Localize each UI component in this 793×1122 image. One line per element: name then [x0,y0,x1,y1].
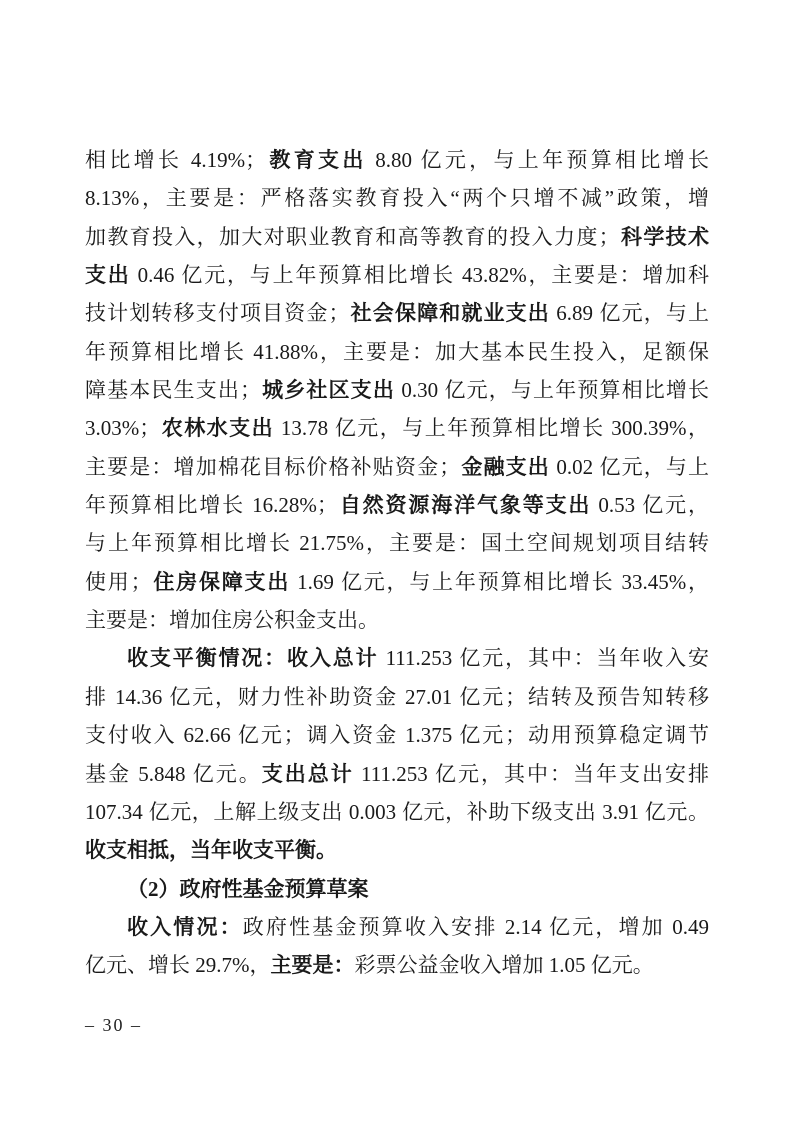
text-segment: 加教育投入，加大对职业教育和高等教育的投入力度； [85,225,620,249]
text-segment-bold: 支出总计 [262,762,354,786]
text-line: 与上年预算相比增长 21.75%，主要是：国土空间规划项目结转 [85,524,709,562]
text-line: 障基本民生支出；城乡社区支出 0.30 亿元，与上年预算相比增长 [85,371,709,409]
text-segment: 使用； [85,570,152,594]
text-line: 支付收入 62.66 亿元；调入资金 1.375 亿元；动用预算稳定调节 [85,716,709,754]
text-line: 8.13%，主要是：严格落实教育投入“两个只增不减”政策，增 [85,179,709,217]
text-segment: 8.80 亿元，与上年预算相比增长 [367,148,709,172]
text-line: 主要是：增加棉花目标价格补贴资金；金融支出 0.02 亿元，与上 [85,448,709,486]
text-segment-bold: 社会保障和就业支出 [350,301,550,325]
text-segment: 主要是：增加棉花目标价格补贴资金； [85,455,460,479]
text-line: 技计划转移支付项目资金；社会保障和就业支出 6.89 亿元，与上 [85,294,709,332]
text-segment: 支付收入 62.66 亿元；调入资金 1.375 亿元；动用预算稳定调节 [85,723,709,747]
text-line: 基金 5.848 亿元。支出总计 111.253 亿元，其中：当年支出安排 [85,755,709,793]
text-line: 主要是：增加住房公积金支出。 [85,601,709,639]
text-segment-bold: 支出 [85,263,131,287]
text-segment: 年预算相比增长 16.28%； [85,493,338,517]
text-segment: 相比增长 4.19%； [85,148,266,172]
text-line: 年预算相比增长 41.88%，主要是：加大基本民生投入，足额保 [85,333,709,371]
text-segment-bold: 收入情况： [127,915,243,939]
text-segment: 0.30 亿元，与上年预算相比增长 [395,378,709,402]
text-line: 收支相抵，当年收支平衡。 [85,831,709,869]
text-segment: 8.13%，主要是：严格落实教育投入“两个只增不减”政策，增 [85,186,709,210]
text-segment-bold: 住房保障支出 [152,570,291,594]
text-line: 加教育投入，加大对职业教育和高等教育的投入力度；科学技术 [85,218,709,256]
text-segment: 111.253 亿元，其中：当年支出安排 [354,762,709,786]
text-segment: 107.34 亿元，上解上级支出 0.003 亿元，补助下级支出 3.91 亿元… [85,800,709,824]
text-segment-bold: 自然资源海洋气象等支出 [338,493,591,517]
text-segment: 0.46 亿元，与上年预算相比增长 43.82%，主要是：增加科 [131,263,709,287]
text-segment: 障基本民生支出； [85,378,261,402]
text-line: 排 14.36 亿元，财力性补助资金 27.01 亿元；结转及预告知转移 [85,678,709,716]
text-segment: 排 14.36 亿元，财力性补助资金 27.01 亿元；结转及预告知转移 [85,685,709,709]
page-number: – 30 – [85,1013,142,1037]
text-line: 年预算相比增长 16.28%；自然资源海洋气象等支出 0.53 亿元， [85,486,709,524]
text-segment: 年预算相比增长 41.88%，主要是：加大基本民生投入，足额保 [85,340,709,364]
text-segment: 基金 5.848 亿元。 [85,762,262,786]
page-body: 相比增长 4.19%；教育支出 8.80 亿元，与上年预算相比增长 8.13%，… [85,141,709,985]
document-page: 相比增长 4.19%；教育支出 8.80 亿元，与上年预算相比增长 8.13%，… [0,0,793,1122]
text-segment: 0.53 亿元， [591,493,709,517]
text-line: 使用；住房保障支出 1.69 亿元，与上年预算相比增长 33.45%， [85,563,709,601]
section-heading: （2）政府性基金预算草案 [85,870,709,908]
text-segment: 与上年预算相比增长 21.75%，主要是：国土空间规划项目结转 [85,531,709,555]
text-segment-bold: 农林水支出 [160,416,274,440]
text-line: 相比增长 4.19%；教育支出 8.80 亿元，与上年预算相比增长 [85,141,709,179]
text-segment: 亿元、增长 29.7%， [85,953,271,977]
text-segment-bold: 教育支出 [266,148,367,172]
text-segment: 主要是：增加住房公积金支出。 [85,608,379,632]
text-segment: 3.03%； [85,416,160,440]
text-segment: 111.253 亿元，其中：当年收入安 [378,646,709,670]
text-line: 3.03%；农林水支出 13.78 亿元，与上年预算相比增长 300.39%， [85,409,709,447]
text-segment-bold: 金融支出 [460,455,550,479]
text-segment: 技计划转移支付项目资金； [85,301,350,325]
text-segment: 13.78 亿元，与上年预算相比增长 300.39%， [274,416,709,440]
text-segment-bold: 收支平衡情况：收入总计 [127,646,378,670]
text-segment-bold: （2）政府性基金预算草案 [127,877,369,901]
text-segment-bold: 城乡社区支出 [261,378,395,402]
text-line: 亿元、增长 29.7%，主要是：彩票公益金收入增加 1.05 亿元。 [85,946,709,984]
text-line: 收入情况：政府性基金预算收入安排 2.14 亿元，增加 0.49 [85,908,709,946]
text-segment: 6.89 亿元，与上 [550,301,709,325]
text-line: 收支平衡情况：收入总计 111.253 亿元，其中：当年收入安 [85,639,709,677]
text-segment: 0.02 亿元，与上 [550,455,709,479]
text-segment-bold: 主要是： [271,953,355,977]
text-line: 支出 0.46 亿元，与上年预算相比增长 43.82%，主要是：增加科 [85,256,709,294]
text-line: 107.34 亿元，上解上级支出 0.003 亿元，补助下级支出 3.91 亿元… [85,793,709,831]
text-segment: 政府性基金预算收入安排 2.14 亿元，增加 0.49 [243,915,709,939]
text-segment: 1.69 亿元，与上年预算相比增长 33.45%， [290,570,709,594]
text-segment: 彩票公益金收入增加 1.05 亿元。 [355,953,654,977]
text-segment-bold: 收支相抵，当年收支平衡。 [85,838,337,862]
text-segment-bold: 科学技术 [620,225,709,249]
